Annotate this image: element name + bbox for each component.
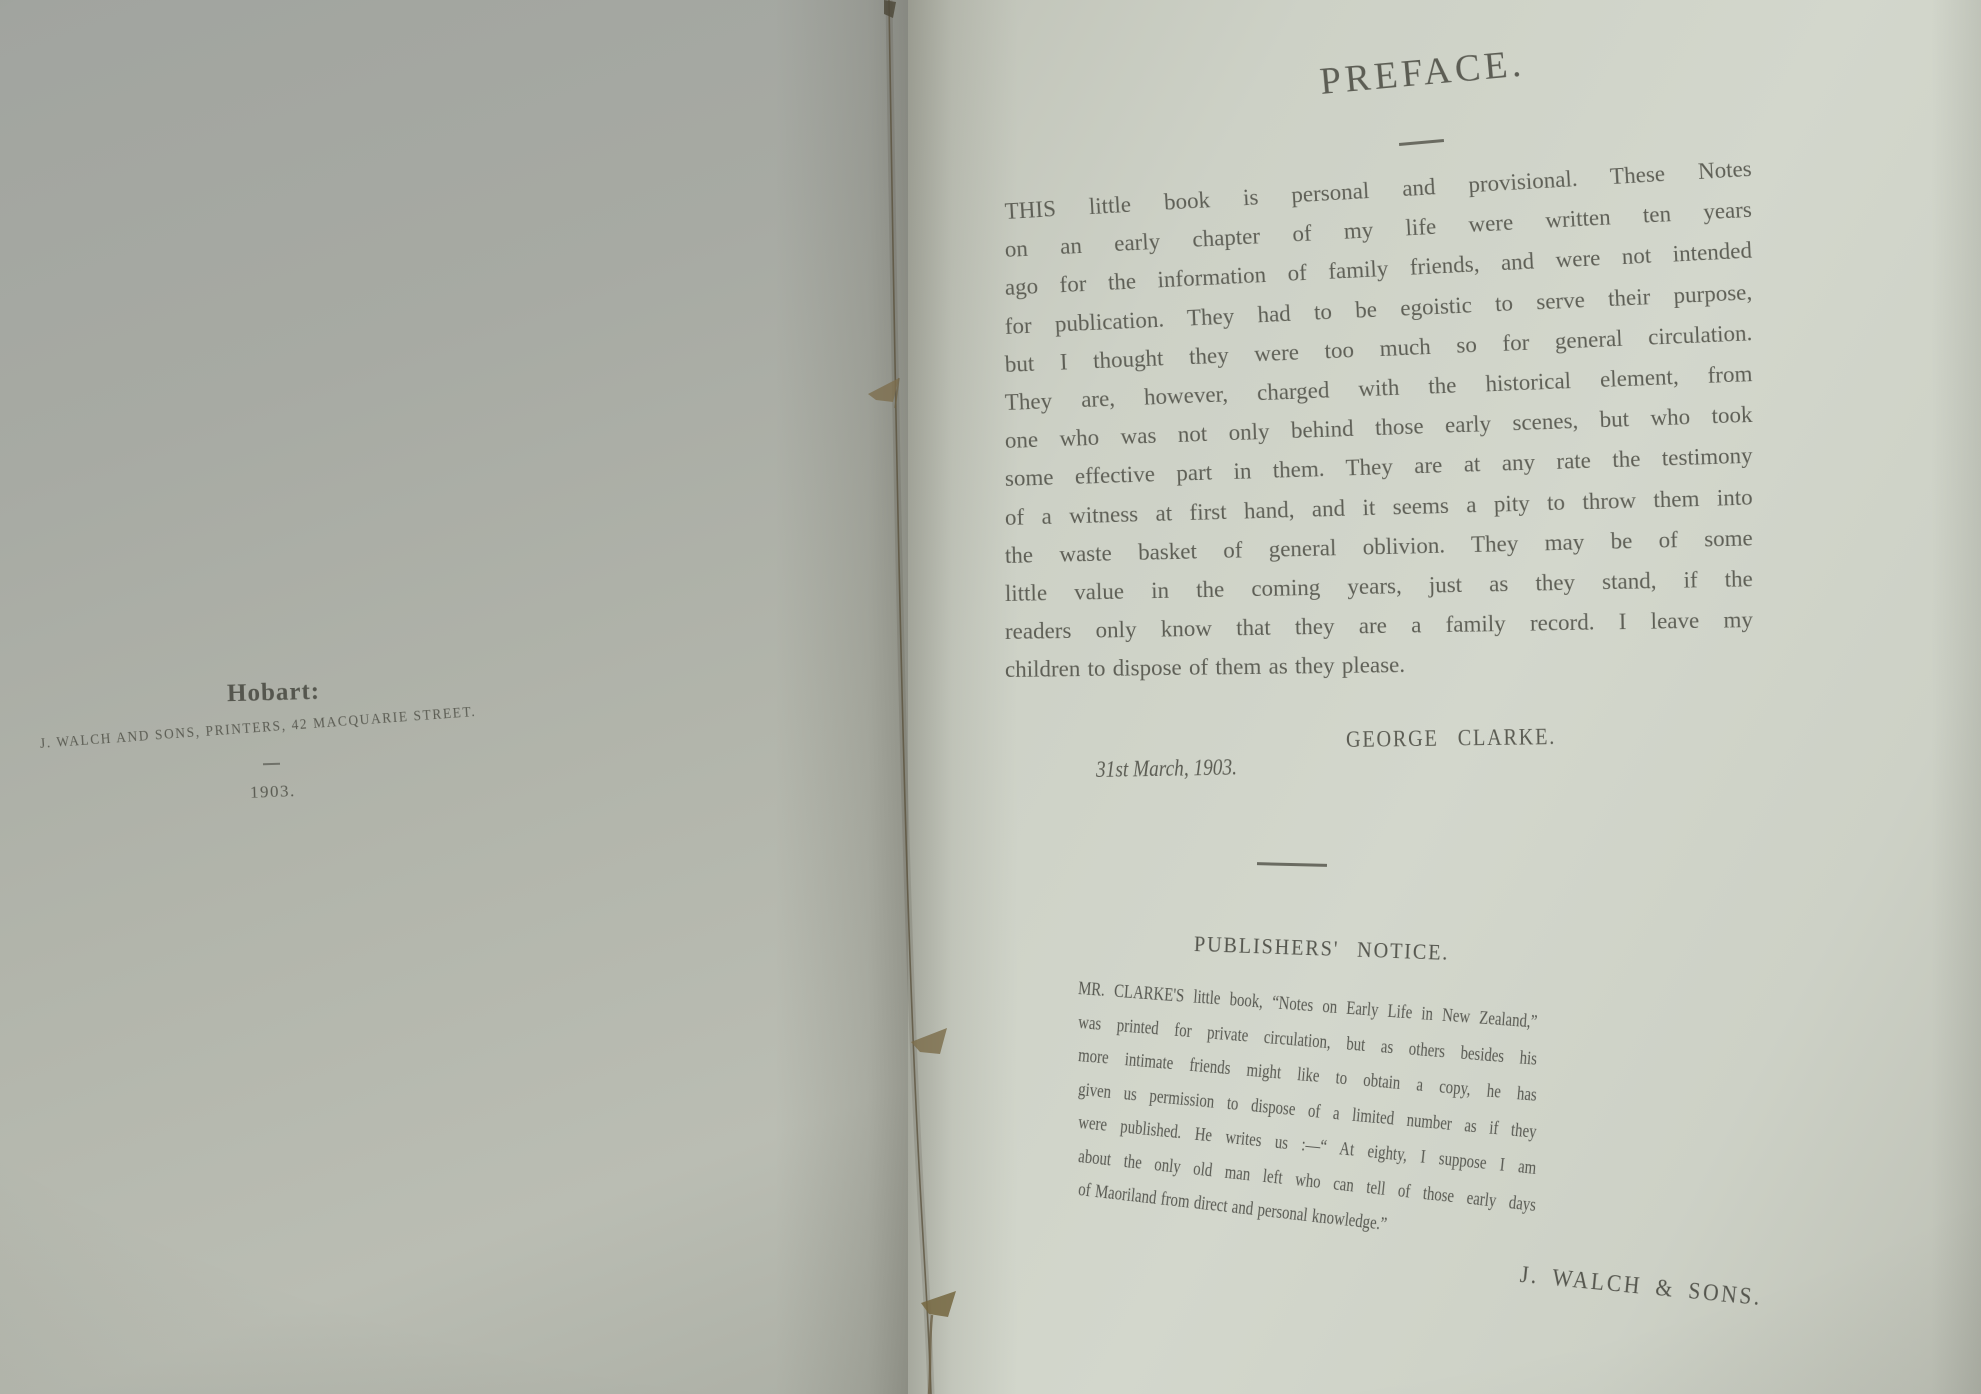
imprint-city: Hobart: — [227, 678, 321, 708]
imprint-rule — [263, 763, 280, 766]
preface-line: children to dispose of them as they plea… — [1005, 645, 1753, 692]
left-page: Hobart: J. WALCH AND SONS, PRINTERS, 42 … — [0, 0, 908, 1394]
page-edge-shadow — [1931, 0, 1981, 1394]
book-photo: Hobart: J. WALCH AND SONS, PRINTERS, 42 … — [0, 0, 1981, 1394]
preface-signature: GEORGE CLARKE. — [1346, 724, 1556, 753]
preface-date: 31st March, 1903. — [1096, 755, 1237, 783]
preface-paragraph: THIS little book is personal and provisi… — [1005, 196, 1753, 692]
imprint-printer: J. WALCH AND SONS, PRINTERS, 42 MACQUARI… — [39, 704, 477, 753]
publishers-notice-paragraph: MR. CLARKE'S little book, “Notes on Earl… — [1078, 975, 1668, 1210]
imprint-year: 1903. — [250, 781, 296, 803]
gutter-shadow — [908, 0, 1018, 1394]
gutter-shadow — [775, 0, 908, 1394]
